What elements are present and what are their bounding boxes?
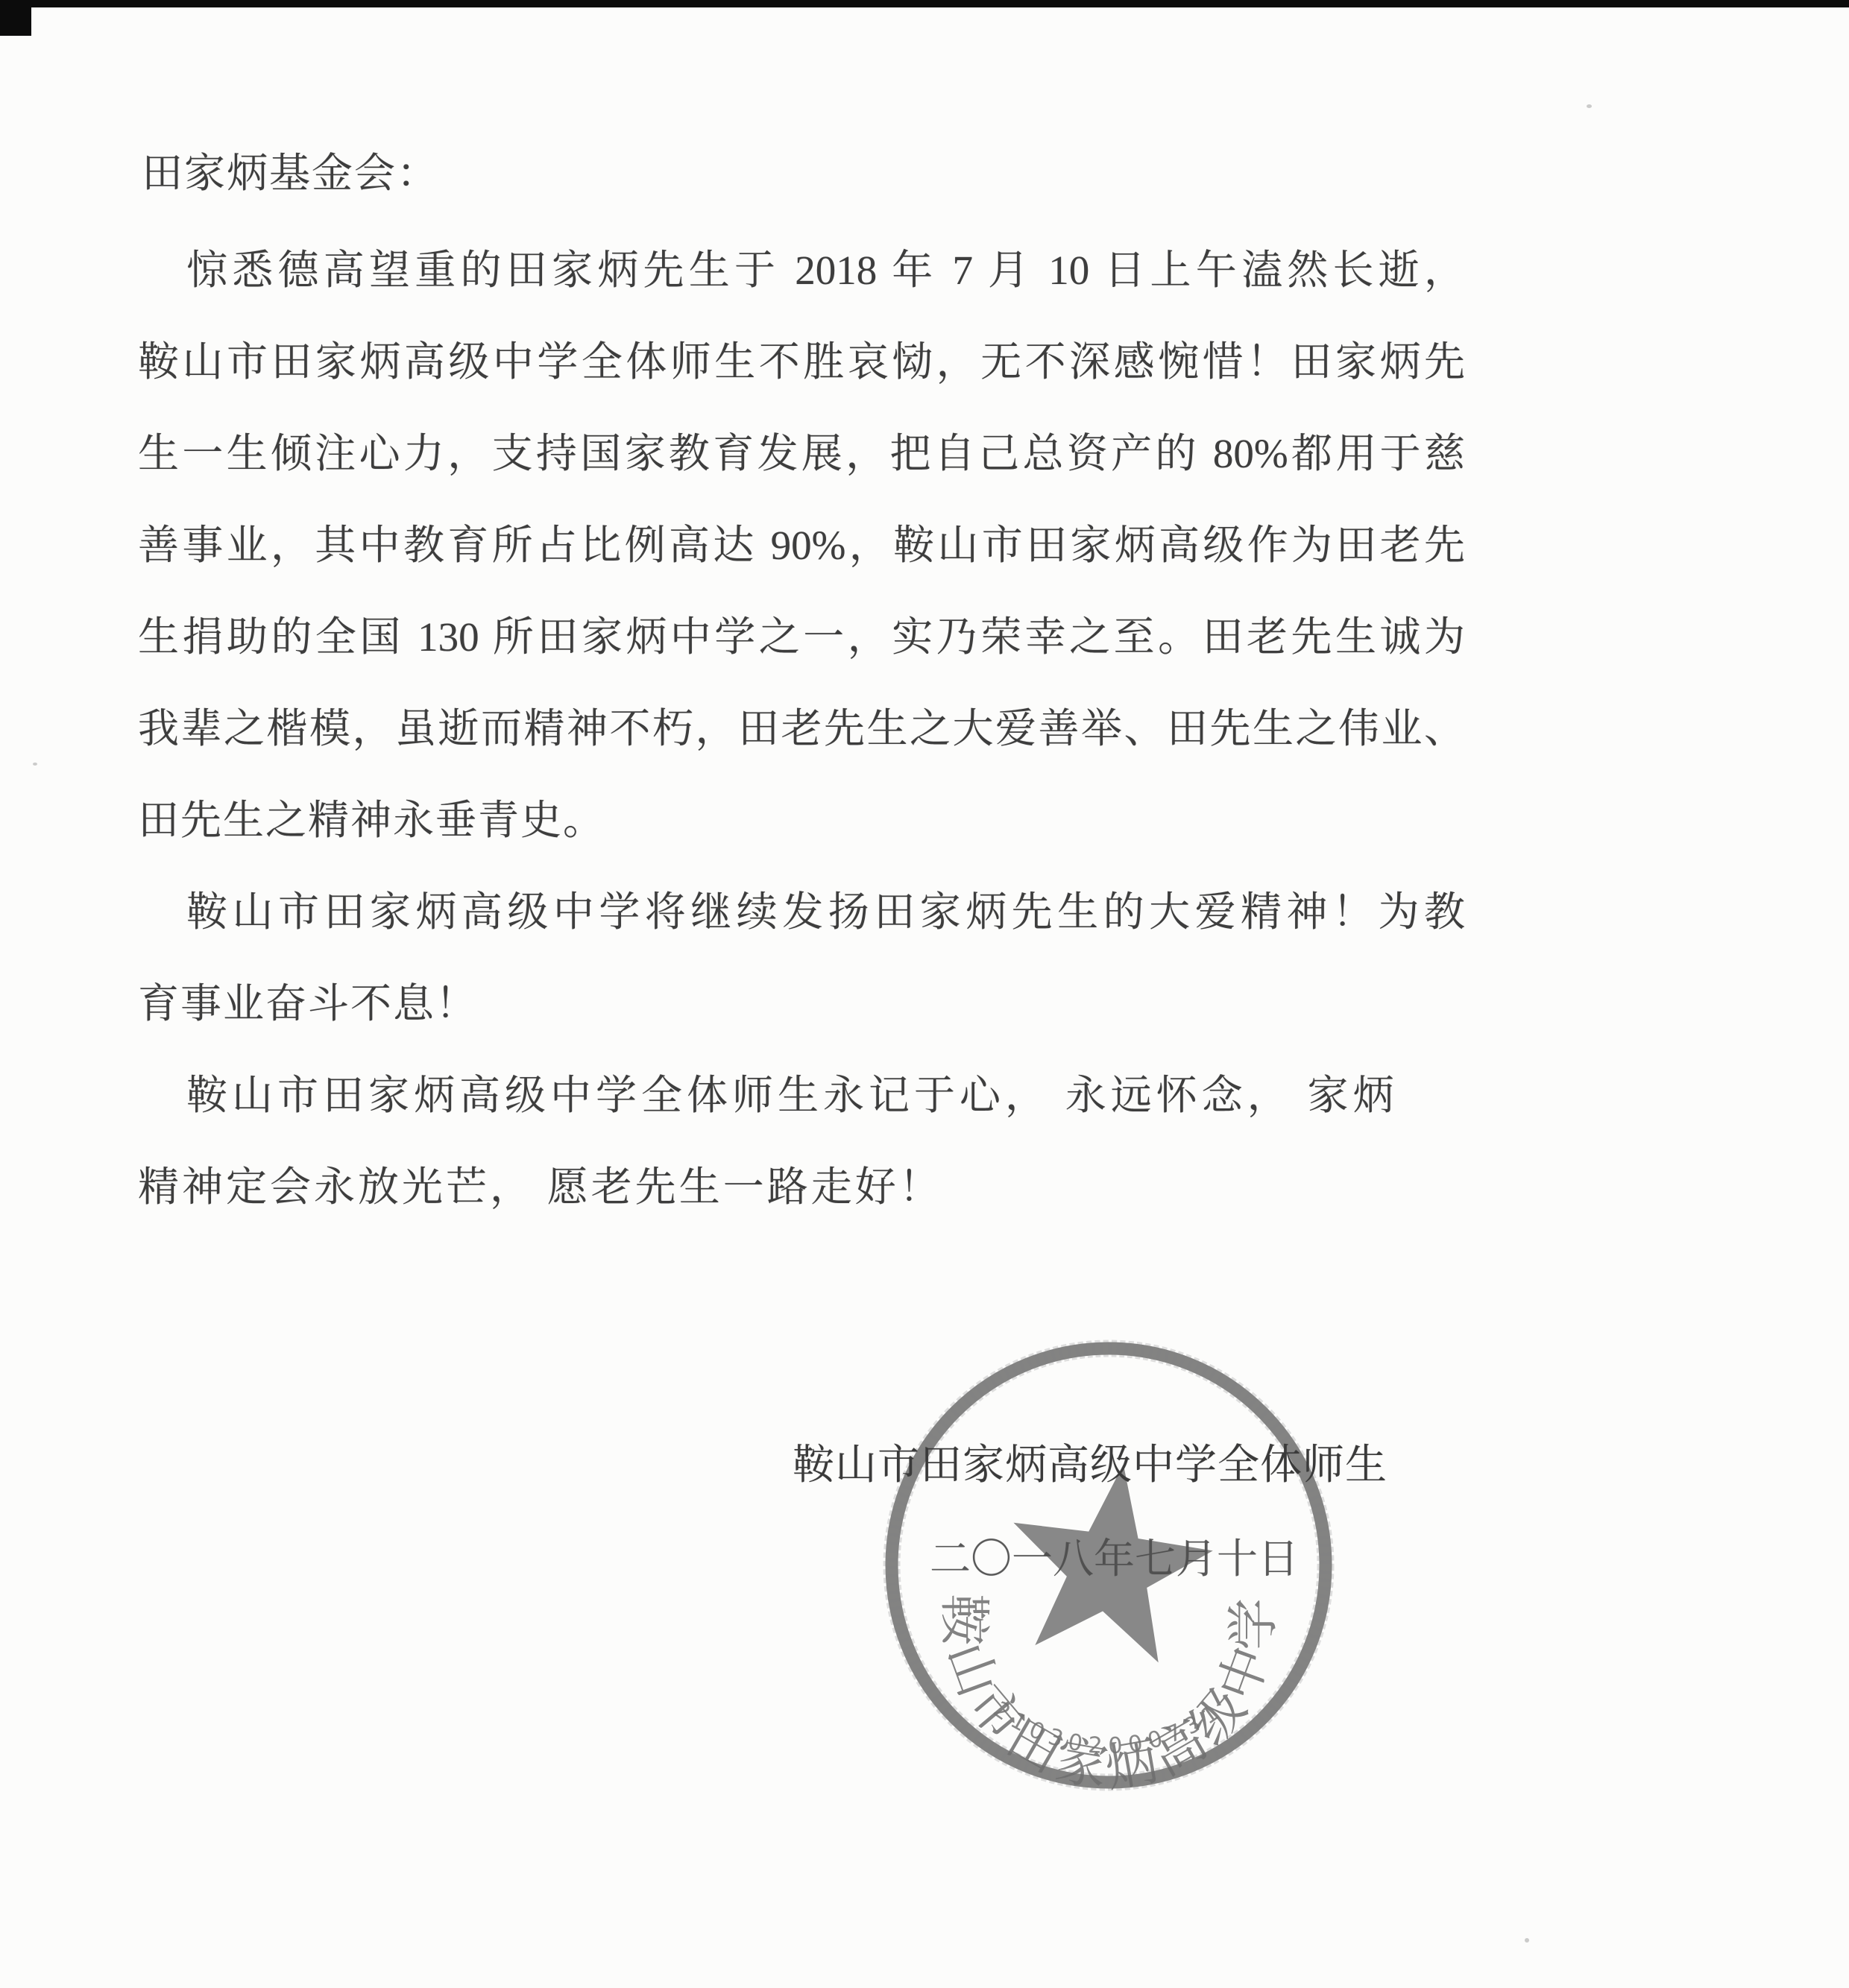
body-line: 精神定会永放光芒， 愿老先生一路走好！ (138, 1154, 943, 1213)
salutation: 田家炳基金会： (142, 140, 439, 199)
signature-line: 鞍山市田家炳高级中学全体师生 (793, 1432, 1387, 1492)
body-line: 生一生倾注心力，支持国家教育发展，把自己总资产的 80%都用于慈 (138, 420, 1465, 479)
body-line: 生捐助的全国 130 所田家炳中学之一，实乃荣幸之至。田老先生诚为 (138, 604, 1465, 663)
body-line: 田先生之精神永垂青史。 (138, 787, 605, 846)
body-line: 善事业，其中教育所占比例高达 90%，鞍山市田家炳高级作为田老先 (138, 512, 1465, 571)
seal-ring-text: 鞍山市田家炳高级中学 (934, 1594, 1283, 1799)
scan-noise (33, 763, 37, 766)
scan-noise (1525, 1938, 1529, 1943)
scan-noise (1587, 104, 1592, 108)
scan-corner-artifact (0, 0, 31, 36)
scanned-letter-page: { "document": { "salutation": "田家炳基金会：",… (0, 0, 1849, 1988)
scan-edge-artifact (0, 0, 1849, 7)
body-line: 我辈之楷模，虽逝而精神不朽，田老先生之大爱善举、田先生之伟业、 (138, 695, 1465, 754)
official-seal: 鞍山市田家炳高级中学 210302000731 (870, 1323, 1347, 1815)
body-line: 鞍山市田家炳高级中学将继续发扬田家炳先生的大爱精神！为教 (186, 879, 1465, 938)
body-line: 育事业奋斗不息！ (138, 971, 478, 1029)
body-line: 鞍山市田家炳高级中学全体师生不胜哀恸，无不深感惋惜！田家炳先 (138, 329, 1465, 388)
body-line: 鞍山市田家炳高级中学全体师生永记于心， 永远怀念， 家炳 (186, 1062, 1399, 1121)
body-line: 惊悉德高望重的田家炳先生于 2018 年 7 月 10 日上午溘然长逝， (186, 237, 1465, 296)
